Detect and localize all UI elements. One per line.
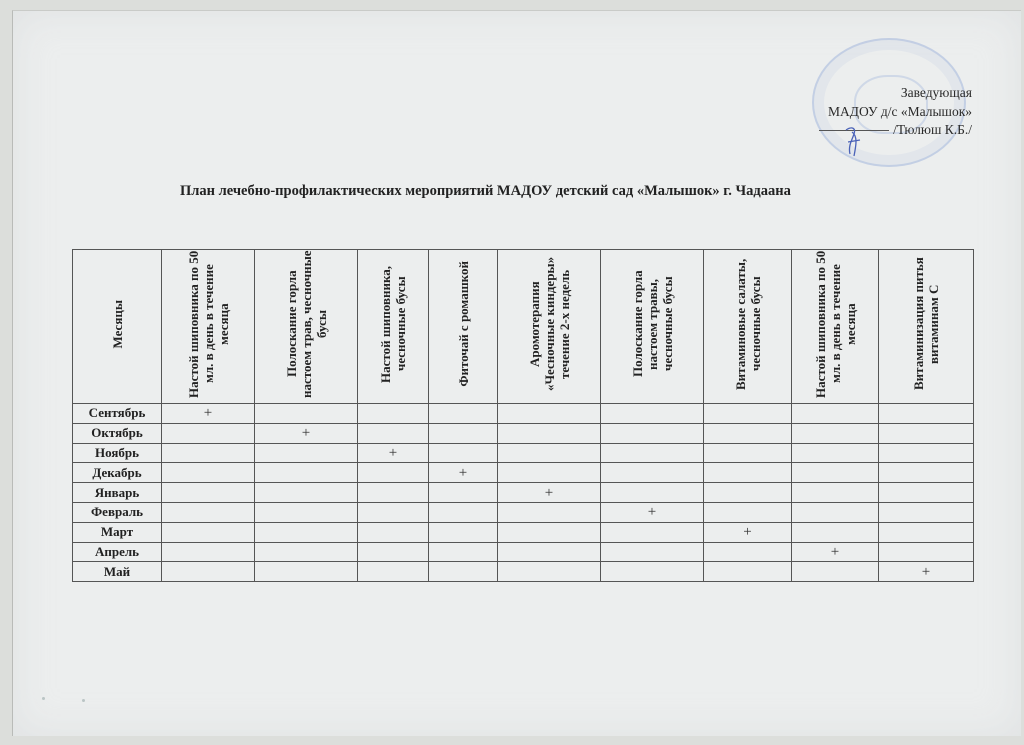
activity-cell [601,483,704,503]
activity-cell [162,502,255,522]
activity-cell [704,483,792,503]
activity-cell [498,423,601,443]
activity-cell [255,562,358,582]
activity-cell [429,562,498,582]
activity-cell [792,483,879,503]
activity-cell [792,463,879,483]
activity-cell [255,404,358,424]
activity-cell [792,562,879,582]
activity-cell [358,483,429,503]
activity-cell: + [498,483,601,503]
month-column-header: Месяцы [73,250,162,404]
plus-mark-icon: + [459,465,467,481]
activity-cell: + [601,502,704,522]
activity-cell [162,483,255,503]
activity-cell: + [162,404,255,424]
column-header-label: Настой шиповника по 50 мл. в день в тече… [813,250,858,398]
approval-position: Заведующая [819,84,972,103]
activity-cell: + [879,562,974,582]
table-header-row: Месяцы Настой шиповника по 50 мл. в день… [73,250,974,404]
month-cell: Май [73,562,162,582]
table-row: Апрель+ [73,542,974,562]
paper-speck [82,699,85,702]
plus-mark-icon: + [204,405,212,421]
month-cell: Февраль [73,502,162,522]
table-row: Февраль+ [73,502,974,522]
activity-cell [358,522,429,542]
activity-cell [704,463,792,483]
activity-cell: + [255,423,358,443]
plan-table: Месяцы Настой шиповника по 50 мл. в день… [72,249,974,582]
activity-cell [879,542,974,562]
approval-signatory: /Тюлюш К.Б./ [893,122,972,137]
activity-cell [879,423,974,443]
column-header-label: Аромотерапия «Чесночные киндеры» течение… [527,250,572,398]
column-header: Настой шиповника по 50 мл. в день в тече… [792,250,879,404]
activity-cell [792,443,879,463]
column-header: Полоскание горла настоем трав, чесночные… [255,250,358,404]
activity-cell [498,502,601,522]
activity-cell [498,404,601,424]
activity-cell [704,502,792,522]
activity-cell [429,522,498,542]
activity-cell [601,463,704,483]
activity-cell [358,502,429,522]
month-cell: Сентябрь [73,404,162,424]
plus-mark-icon: + [831,544,839,560]
table-row: Ноябрь+ [73,443,974,463]
column-header-label: Полоскание горла настоем травы, чесночны… [630,250,675,398]
month-cell: Январь [73,483,162,503]
column-header: Фиточай с ромашкой [429,250,498,404]
month-cell: Ноябрь [73,443,162,463]
table-row: Март+ [73,522,974,542]
column-header: Аромотерапия «Чесночные киндеры» течение… [498,250,601,404]
activity-cell [429,542,498,562]
activity-cell [162,463,255,483]
activity-cell [601,562,704,582]
activity-cell [358,562,429,582]
activity-cell [255,443,358,463]
activity-cell [879,404,974,424]
activity-cell [792,404,879,424]
activity-cell [429,423,498,443]
activity-cell [792,522,879,542]
column-header-label: Витаминизация питья витаминам С [911,250,941,398]
table-row: Октябрь+ [73,423,974,443]
plus-mark-icon: + [648,504,656,520]
activity-cell: + [429,463,498,483]
activity-cell [162,562,255,582]
activity-cell [879,463,974,483]
table-row: Январь+ [73,483,974,503]
plus-mark-icon: + [302,425,310,441]
activity-cell [255,483,358,503]
table-body: Сентябрь+Октябрь+Ноябрь+Декабрь+Январь+Ф… [73,404,974,582]
activity-cell [601,423,704,443]
activity-cell [498,522,601,542]
column-header: Настой шиповника по 50 мл. в день в тече… [162,250,255,404]
activity-cell [255,502,358,522]
activity-cell: + [358,443,429,463]
table-row: Декабрь+ [73,463,974,483]
column-header-label: Витаминовые салаты, чесночные бусы [733,250,763,398]
table-row: Сентябрь+ [73,404,974,424]
column-header: Полоскание горла настоем травы, чесночны… [601,250,704,404]
activity-cell [879,522,974,542]
plus-mark-icon: + [545,485,553,501]
activity-cell [162,522,255,542]
activity-cell [255,522,358,542]
activity-cell [429,483,498,503]
activity-cell [498,562,601,582]
activity-cell [429,404,498,424]
activity-cell [601,404,704,424]
activity-cell: + [792,542,879,562]
activity-cell [601,522,704,542]
month-cell: Март [73,522,162,542]
activity-cell [879,502,974,522]
activity-cell [498,443,601,463]
activity-cell [429,443,498,463]
activity-cell [429,502,498,522]
activity-cell [704,542,792,562]
column-header: Витаминизация питья витаминам С [879,250,974,404]
activity-cell [162,542,255,562]
activity-cell [498,463,601,483]
column-header-label: Полоскание горла настоем трав, чесночные… [284,250,329,398]
activity-cell [792,502,879,522]
column-header-label: Настой шиповника по 50 мл. в день в тече… [186,250,231,398]
activity-cell: + [704,522,792,542]
document-title: План лечебно-профилактических мероприяти… [180,183,910,200]
activity-cell [358,463,429,483]
activity-cell [704,423,792,443]
plus-mark-icon: + [389,445,397,461]
activity-cell [358,423,429,443]
column-header: Витаминовые салаты, чесночные бусы [704,250,792,404]
activity-cell [704,562,792,582]
activity-cell [162,423,255,443]
activity-cell [255,542,358,562]
approval-organization: МАДОУ д/с «Малышок» [819,103,972,122]
activity-cell [879,483,974,503]
month-cell: Октябрь [73,423,162,443]
month-cell: Апрель [73,542,162,562]
paper-speck [42,697,45,700]
activity-cell [498,542,601,562]
activity-cell [601,542,704,562]
signature-icon [842,124,864,160]
plus-mark-icon: + [922,564,930,580]
activity-cell [704,443,792,463]
table-row: Май+ [73,562,974,582]
column-header-label: Настой шиповника, чесночные бусы [378,250,408,398]
column-header: Настой шиповника, чесночные бусы [358,250,429,404]
activity-cell [879,443,974,463]
activity-cell [601,443,704,463]
plus-mark-icon: + [743,524,751,540]
activity-cell [358,404,429,424]
activity-cell [792,423,879,443]
column-header-label: Фиточай с ромашкой [456,261,471,387]
activity-cell [704,404,792,424]
activity-cell [162,443,255,463]
month-cell: Декабрь [73,463,162,483]
activity-cell [358,542,429,562]
activity-cell [255,463,358,483]
